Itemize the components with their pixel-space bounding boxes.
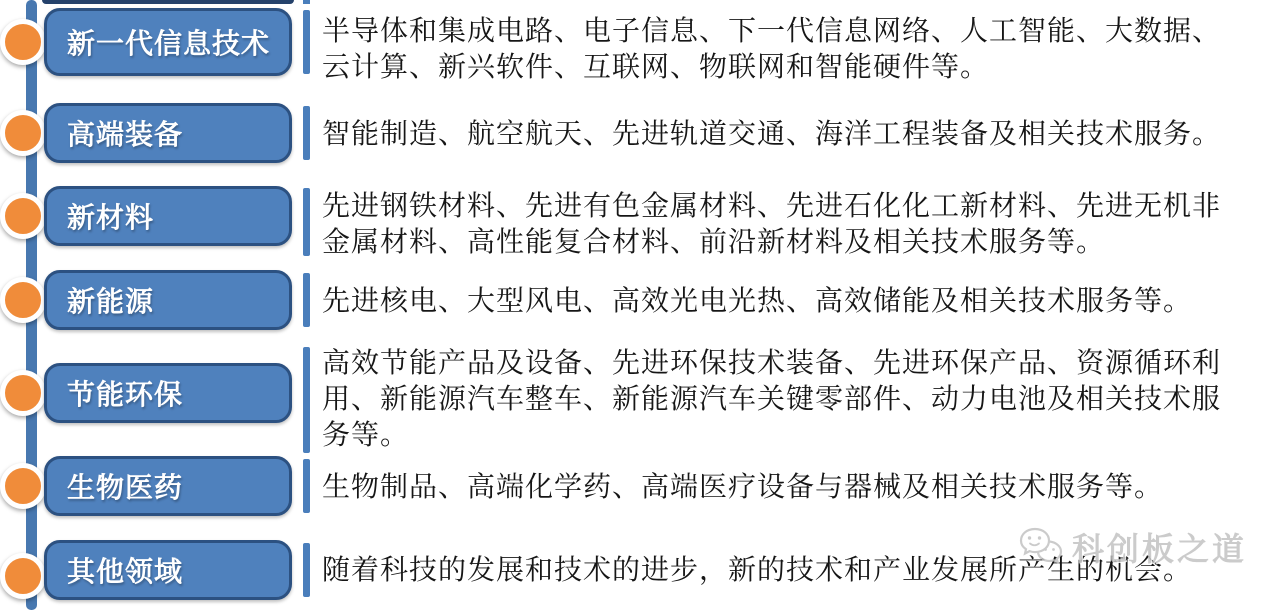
bullet-icon	[0, 193, 46, 239]
category-description: 先进钢铁材料、先进有色金属材料、先进石化化工新材料、先进无机非 金属材料、高性能…	[322, 188, 1270, 260]
row-divider	[303, 10, 310, 74]
bullet-icon	[0, 463, 46, 509]
row-divider	[303, 273, 310, 327]
row-divider	[303, 188, 310, 256]
category-label: 生物医药	[67, 466, 183, 506]
category-box-high-end-equipment: 高端装备	[44, 103, 292, 163]
row-divider	[303, 106, 310, 160]
row-divider	[303, 459, 310, 513]
row-divider	[303, 347, 310, 453]
category-label: 节能环保	[67, 373, 183, 413]
category-box-new-materials: 新材料	[44, 186, 292, 246]
row-divider	[303, 543, 310, 597]
category-description: 先进核电、大型风电、高效光电光热、高效储能及相关技术服务等。	[322, 283, 1270, 319]
category-box-new-energy: 新能源	[44, 270, 292, 330]
category-description: 智能制造、航空航天、先进轨道交通、海洋工程装备及相关技术服务。	[322, 116, 1270, 152]
bullet-icon	[0, 553, 46, 599]
bullet-icon	[0, 110, 46, 156]
cropped-box-edge	[42, 0, 294, 4]
category-label: 高端装备	[67, 113, 183, 153]
bullet-icon	[0, 370, 46, 416]
cropped-divider-edge	[303, 0, 310, 4]
category-label: 新一代信息技术	[67, 22, 270, 62]
category-label: 新能源	[67, 280, 154, 320]
category-box-energy-saving: 节能环保	[44, 363, 292, 423]
infographic-canvas: 新一代信息技术 半导体和集成电路、电子信息、下一代信息网络、人工智能、大数据、 …	[0, 0, 1280, 610]
category-label: 其他领域	[67, 550, 183, 590]
category-description: 随着科技的发展和技术的进步，新的技术和产业发展所产生的机会。	[322, 552, 1270, 588]
category-description: 高效节能产品及设备、先进环保技术装备、先进环保产品、资源循环利 用、新能源汽车整…	[322, 345, 1270, 453]
category-description: 生物制品、高端化学药、高端医疗设备与器械及相关技术服务等。	[322, 469, 1270, 505]
category-box-other-fields: 其他领域	[44, 540, 292, 600]
category-box-biomedicine: 生物医药	[44, 456, 292, 516]
category-label: 新材料	[67, 196, 154, 236]
bullet-icon	[0, 19, 46, 65]
category-box-new-gen-it: 新一代信息技术	[44, 8, 292, 76]
bullet-icon	[0, 277, 46, 323]
category-description: 半导体和集成电路、电子信息、下一代信息网络、人工智能、大数据、 云计算、新兴软件…	[322, 13, 1270, 85]
